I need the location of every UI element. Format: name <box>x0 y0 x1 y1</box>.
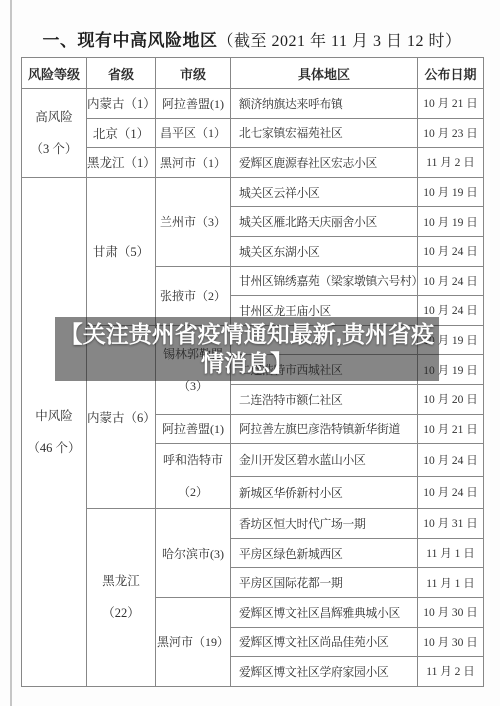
watermark-caption-overlay: 【关注贵州省疫情通知最新,贵州省疫情消息】 <box>55 317 439 381</box>
area-cell: 阿拉善左旗巴彦浩特镇新华街道 <box>231 414 418 444</box>
area-cell: 额济纳旗达来呼布镇 <box>231 89 418 119</box>
area-cell: 平房区国际花都一期 <box>231 568 418 598</box>
risk-level-cell: 中风险 （46 个） <box>22 177 87 686</box>
date-cell: 10 月 21 日 <box>418 414 484 444</box>
page-title-main: 一、现有中高风险地区 <box>43 31 218 50</box>
date-cell: 10 月 19 日 <box>418 177 484 207</box>
date-cell: 10 月 24 日 <box>418 476 484 509</box>
date-cell: 10 月 31 日 <box>418 509 484 539</box>
left-edge-line <box>10 0 12 706</box>
risk-level-cell: 高风险 （3 个） <box>22 89 87 178</box>
date-cell: 10 月 24 日 <box>418 266 484 296</box>
city-cell: 呼和浩特市 （2） <box>156 444 231 509</box>
area-cell: 北七家镇宏福苑社区 <box>231 118 418 148</box>
table-row: 中风险 （46 个） 甘肃（5） 兰州市（3） 城关区云祥小区 10 月 19 … <box>22 177 484 207</box>
area-cell: 二连浩特市额仁社区 <box>231 384 418 414</box>
date-cell: 10 月 21 日 <box>418 89 484 119</box>
date-cell: 10 月 24 日 <box>418 236 484 266</box>
area-cell: 爱辉区鹿源春社区宏志小区 <box>231 148 418 178</box>
header-publish-date: 公布日期 <box>418 58 484 89</box>
table-row: 黑龙江 （22） 哈尔滨市(3) 香坊区恒大时代广场一期 10 月 31 日 <box>22 509 484 539</box>
area-cell: 城关区雁北路天庆丽舍小区 <box>231 207 418 237</box>
date-cell: 11 月 2 日 <box>418 148 484 178</box>
area-cell: 爱辉区博文社区昌辉雅典城小区 <box>231 597 418 627</box>
header-city: 市级 <box>156 58 231 89</box>
page-title: 一、现有中高风险地区（截至 2021 年 11 月 3 日 12 时） <box>21 26 483 51</box>
area-cell: 爱辉区博文社区学府家园小区 <box>231 657 418 687</box>
area-cell: 平房区绿色新城西区 <box>231 538 418 568</box>
province-cell: 内蒙古（1） <box>87 89 156 119</box>
header-risk-level: 风险等级 <box>22 58 87 89</box>
date-cell: 10 月 23 日 <box>418 118 484 148</box>
province-cell: 黑龙江 （22） <box>87 509 156 687</box>
province-cell: 甘肃（5） <box>87 177 156 325</box>
city-cell: 阿拉善盟(1) <box>156 414 231 444</box>
header-province: 省级 <box>87 58 156 89</box>
date-cell: 11 月 2 日 <box>418 657 484 687</box>
province-cell: 北京（1） <box>87 118 156 148</box>
date-cell: 10 月 19 日 <box>418 207 484 237</box>
city-cell: 哈尔滨市(3) <box>156 509 231 598</box>
table-row: 高风险 （3 个） 内蒙古（1） 阿拉善盟(1) 额济纳旗达来呼布镇 10 月 … <box>22 89 484 119</box>
area-cell: 新城区华侨新村小区 <box>231 476 418 509</box>
date-cell: 10 月 20 日 <box>418 384 484 414</box>
area-cell: 城关区东湖小区 <box>231 236 418 266</box>
date-cell: 10 月 24 日 <box>418 444 484 477</box>
page-title-date-range: （截至 2021 年 11 月 3 日 12 时） <box>218 33 462 50</box>
date-cell: 11 月 1 日 <box>418 568 484 598</box>
area-cell: 城关区云祥小区 <box>231 177 418 207</box>
table-row: 北京（1） 昌平区（1） 北七家镇宏福苑社区 10 月 23 日 <box>22 118 484 148</box>
city-cell: 兰州市（3） <box>156 177 231 266</box>
page: 一、现有中高风险地区（截至 2021 年 11 月 3 日 12 时） 风险等级… <box>0 0 500 706</box>
city-cell: 黑河市（1） <box>156 148 231 178</box>
table-row: 黑龙江（1） 黑河市（1） 爱辉区鹿源春社区宏志小区 11 月 2 日 <box>22 148 484 178</box>
area-cell: 爱辉区博文社区尚品佳苑小区 <box>231 627 418 657</box>
province-cell: 黑龙江（1） <box>87 148 156 178</box>
date-cell: 10 月 30 日 <box>418 627 484 657</box>
date-cell: 11 月 1 日 <box>418 538 484 568</box>
date-cell: 10 月 30 日 <box>418 597 484 627</box>
area-cell: 金川开发区碧水蓝山小区 <box>231 444 418 477</box>
city-cell: 黑河市（19） <box>156 597 231 686</box>
header-area: 具体地区 <box>231 58 418 89</box>
area-cell: 甘州区锦绣嘉苑（梁家墩镇六号村） <box>231 266 418 296</box>
city-cell: 阿拉善盟(1) <box>156 89 231 119</box>
area-cell: 香坊区恒大时代广场一期 <box>231 509 418 539</box>
city-cell: 昌平区（1） <box>156 118 231 148</box>
table-header-row: 风险等级 省级 市级 具体地区 公布日期 <box>22 58 484 89</box>
